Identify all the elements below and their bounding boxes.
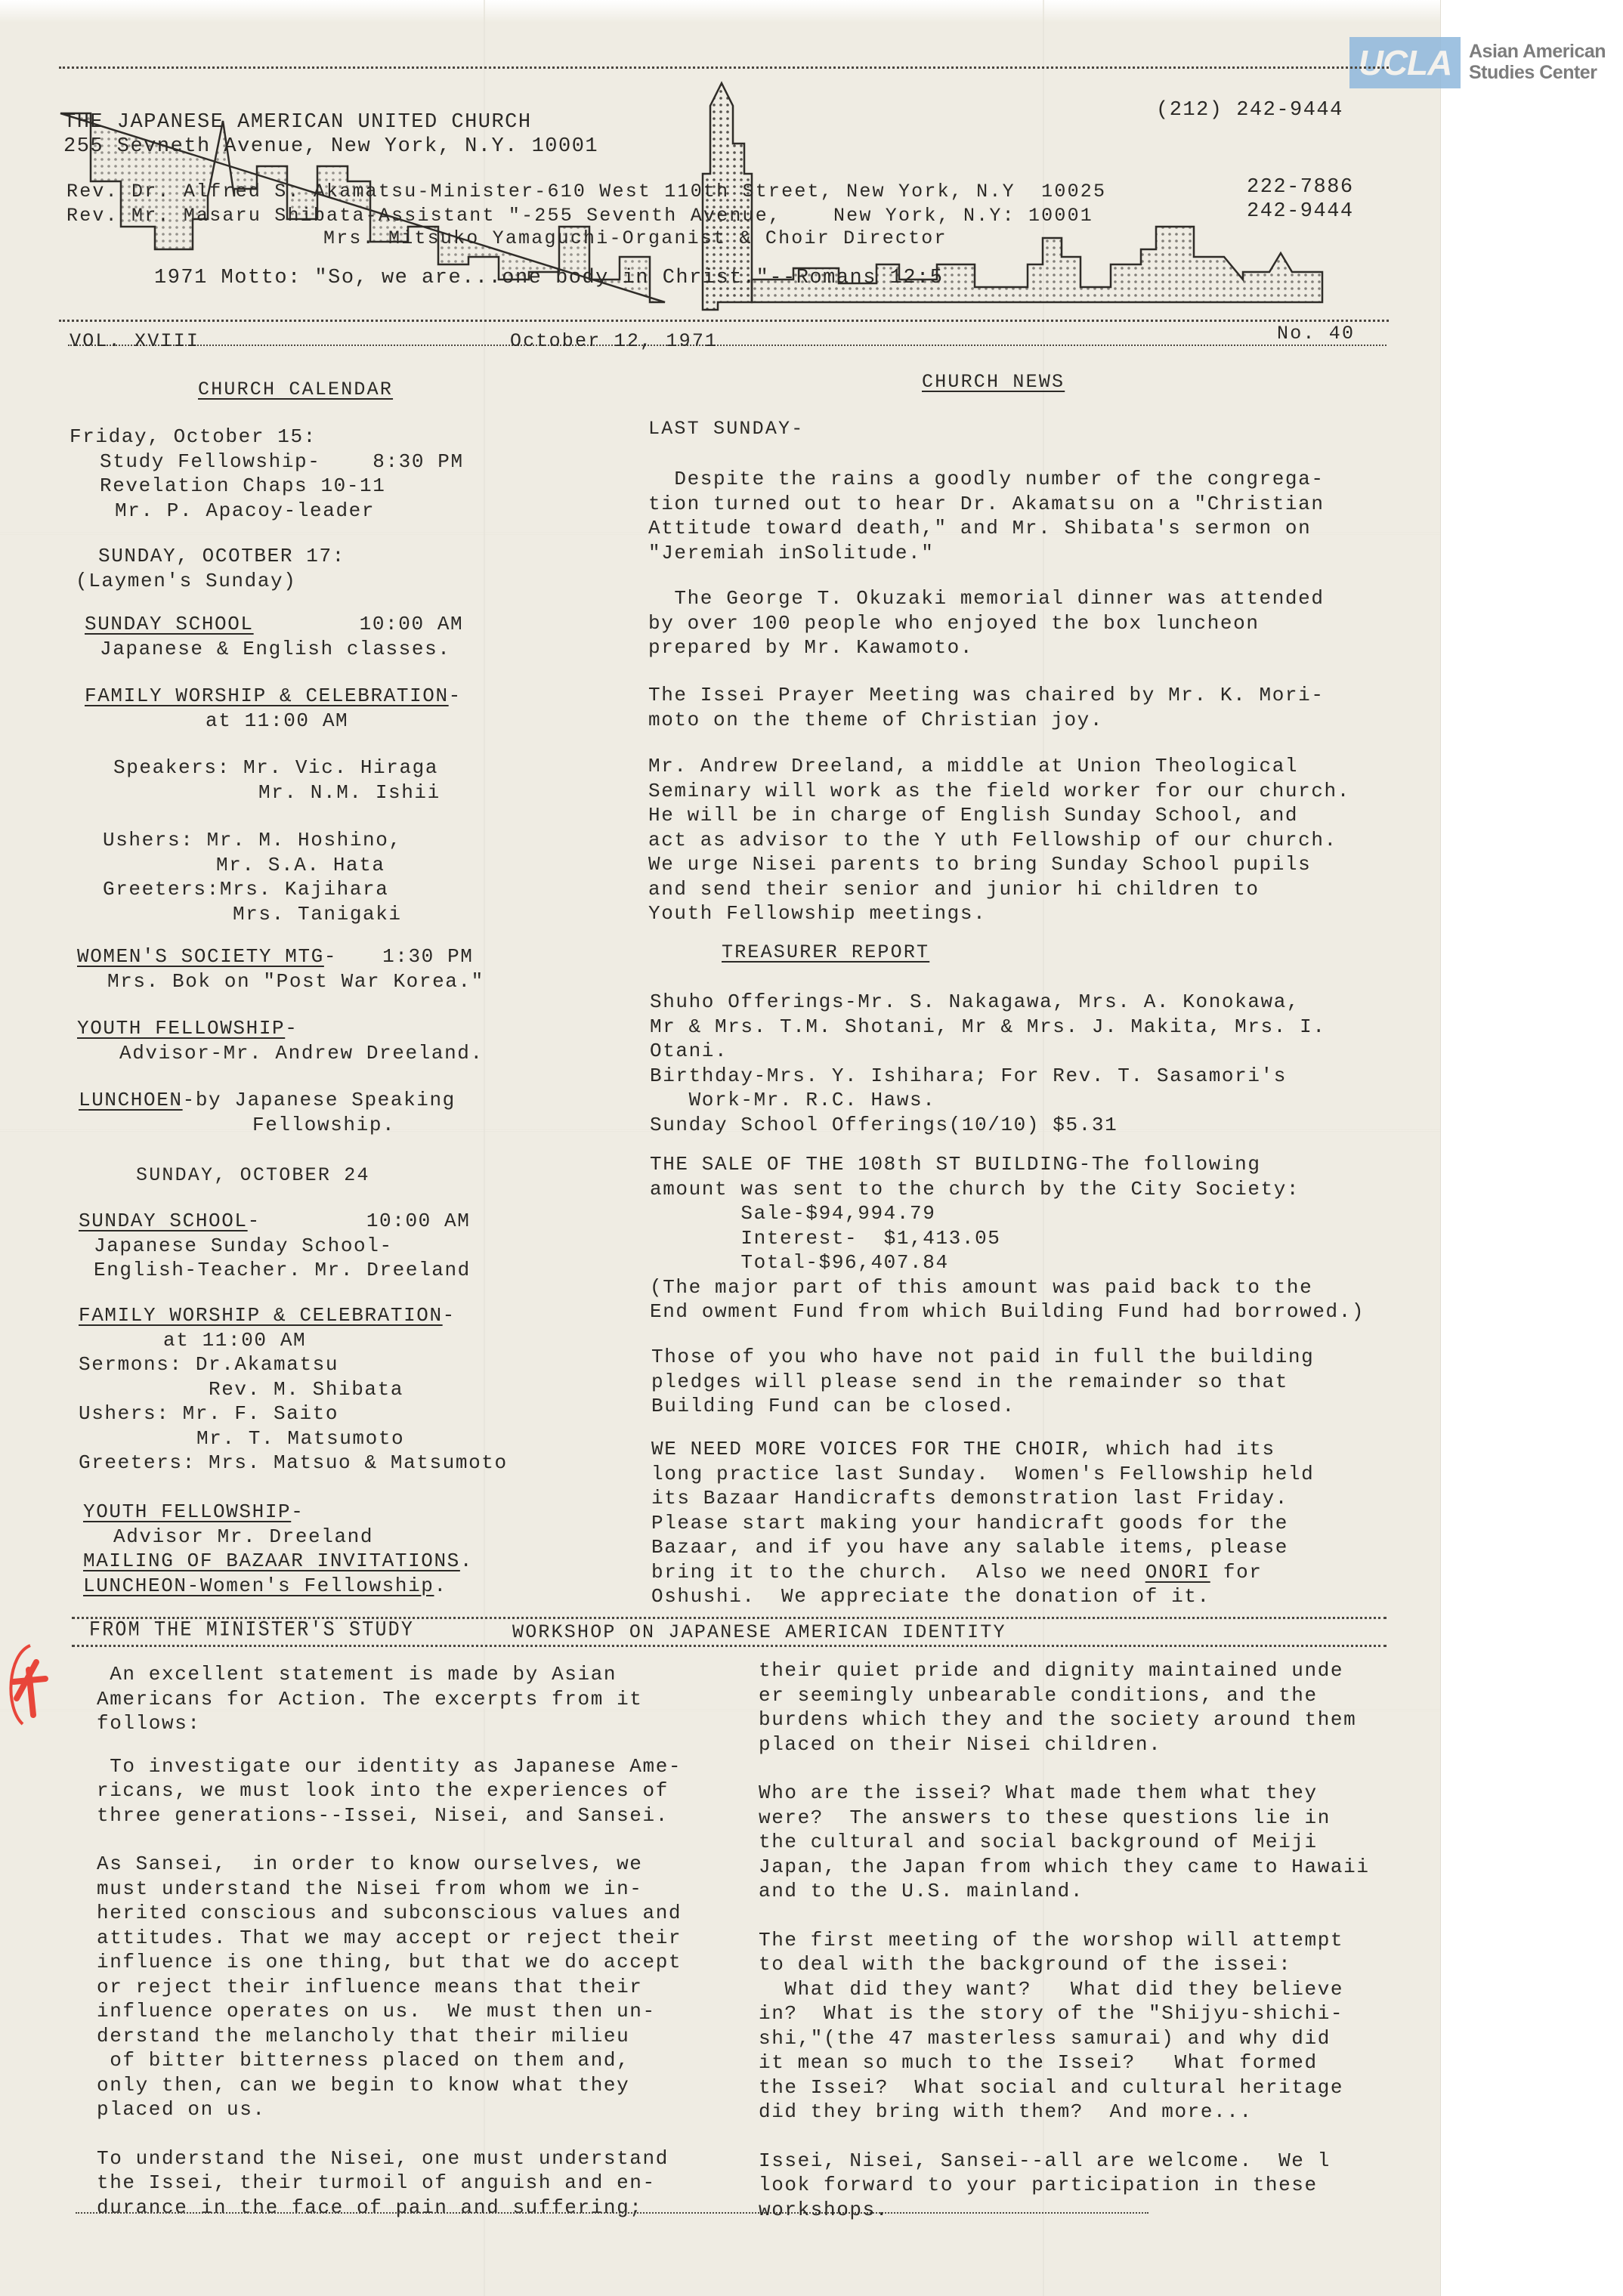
study-line: the Issei, their turmoil of anguish and … [97,2171,682,2196]
church-motto: 1971 Motto: "So, we are...one body in Ch… [154,266,943,290]
worship-24-time: at 11:00 AM [79,1328,508,1353]
logo-line-1: Asian American [1469,41,1606,62]
assistant-phone: 242-9444 [1247,199,1354,224]
treasurer-report: Shuho Offerings-Mr. S. Nakagawa, Mrs. A.… [650,990,1326,1137]
news-line: "Jeremiah inSolitude." [648,541,1325,566]
logo-line-2: Studies Center [1469,62,1606,83]
womens-society: WOMEN'S SOCIETY MTG-1:30 PM Mrs. Bok on … [77,944,484,993]
treasurer-line: Birthday-Mrs. Y. Ishihara; For Rev. T. S… [650,1064,1326,1089]
ushers-greeters-17: Ushers: Mr. M. Hoshino, Mr. S.A. Hata Gr… [103,828,402,926]
luncheon-label: LUNCHOEN [79,1089,183,1111]
news-line: Seminary will work as the field worker f… [648,779,1350,804]
assistant-line: Rev. Mr. Masaru Shibata-Assistant "-255 … [66,204,1093,228]
sale-amount: Sale-$94,994.79 [650,1201,1365,1226]
sale-line: End owment Fund from which Building Fund… [650,1299,1365,1324]
womens-society-time: 1:30 PM [382,945,473,968]
study-line: in? What is the story of the "Shijyu-shi… [759,2001,1370,2026]
friday-date: Friday, October 15: [70,425,464,450]
study-line: The first meeting of the worshop will at… [759,1928,1370,1953]
luncheon-24: LUNCHEON-Women's Fellowship [83,1574,434,1597]
study-line: follows: [97,1711,682,1736]
calendar-title: CHURCH CALENDAR [198,378,393,402]
study-line: er seemingly unbearable conditions, and … [759,1683,1370,1708]
usher-1: Ushers: Mr. M. Hoshino, [103,828,402,853]
study-line: Issei, Nisei, Sansei--all are welcome. W… [759,2149,1370,2174]
news-title: CHURCH NEWS [922,370,1065,394]
news-line: moto on the theme of Christian joy. [648,708,1325,733]
treasurer-line: Mr & Mrs. T.M. Shotani, Mr & Mrs. J. Mak… [650,1015,1326,1040]
study-line: derstand the melancholy that their milie… [97,2024,682,2049]
news-dreeland: Mr. Andrew Dreeland, a middle at Union T… [648,754,1350,926]
masthead-rule [59,320,1389,322]
study-line: shi,"(the 47 masterless samurai) and why… [759,2026,1370,2051]
youth-24-advisor: Advisor Mr. Dreeland [83,1525,473,1550]
issue-date: October 12, 1971 [510,329,718,354]
study-line: influence is one thing, but that we do a… [97,1950,682,1975]
study-line: their quiet pride and dignity maintained… [759,1658,1370,1683]
usher-24-2: Mr. T. Matsumoto [79,1426,508,1451]
youth-advisor: Advisor-Mr. Andrew Dreeland. [77,1041,484,1066]
sunday-school-24-detail: Japanese Sunday School- [79,1234,471,1259]
news-line: The George T. Okuzaki memorial dinner wa… [648,586,1325,611]
choir-line: long practice last Sunday. Women's Fello… [651,1462,1314,1487]
treasurer-title: TREASURER REPORT [722,941,929,965]
sunday-school-label: SUNDAY SCHOOL [85,613,254,635]
study-line: Japan, the Japan from which they came to… [759,1855,1370,1880]
greeters-24: Greeters: Mrs. Matsuo & Matsumoto [79,1451,508,1476]
luncheon-detail-2: Fellowship. [79,1113,456,1138]
news-line: prepared by Mr. Kawamoto. [648,635,1325,660]
organist-line: Mrs. Mitsuko Yamaguchi-Organist & Choir … [323,227,948,251]
study-line: herited conscious and subconscious value… [97,1901,682,1926]
sermon-1: Sermons: Dr.Akamatsu [79,1352,508,1377]
revelation-chapters: Revelation Chaps 10-11 [70,474,464,499]
youth-fellowship-24: YOUTH FELLOWSHIP- Advisor Mr. Dreeland M… [83,1500,473,1598]
sunday-school-17: SUNDAY SCHOOL10:00 AM Japanese & English… [85,612,463,661]
youth-fellowship-17: YOUTH FELLOWSHIP- Advisor-Mr. Andrew Dre… [77,1016,484,1065]
study-line: the Issei? What social and cultural heri… [759,2075,1370,2100]
sale-line: (The major part of this amount was paid … [650,1275,1365,1300]
study-line: look forward to your participation in th… [759,2173,1370,2198]
worship-24-label: FAMILY WORSHIP & CELEBRATION [79,1304,443,1327]
youth-24-label: YOUTH FELLOWSHIP [83,1500,291,1523]
worship-label: FAMILY WORSHIP & CELEBRATION [85,684,449,707]
ucla-logo-text: Asian American Studies Center [1469,41,1606,83]
study-line: must understand the Nisei from whom we i… [97,1877,682,1902]
news-line: Attitude toward death," and Mr. Shibata'… [648,516,1325,541]
news-line: and send their senior and junior hi chil… [648,877,1350,902]
choir-line: Oshushi. We appreciate the donation of i… [651,1584,1314,1609]
sunday-school-24-time: 10:00 AM [366,1210,471,1232]
study-line: of bitter bitterness placed on them and, [97,2048,682,2073]
speakers: Speakers: Mr. Vic. Hiraga Mr. N.M. Ishii [113,756,441,805]
choir-line: , which had its [1080,1438,1275,1460]
treasurer-line: Sunday School Offerings(10/10) $5.31 [650,1113,1326,1138]
building-sale: THE SALE OF THE 108th ST BUILDING-The fo… [650,1152,1365,1324]
study-line: ricans, we must look into the experience… [97,1778,682,1803]
sunday-17-date: SUNDAY, OCOTBER 17: [76,544,345,569]
news-line: tion turned out to hear Dr. Akamatsu on … [648,492,1325,517]
issue-rule [68,345,1387,346]
volume-number: VOL. XVIII [70,329,199,354]
sunday-school-24-teacher: English-Teacher. Mr. Dreeland [79,1258,471,1283]
sunday-school-detail: Japanese & English classes. [85,637,463,662]
choir-bazaar-notice: WE NEED MORE VOICES FOR THE CHOIR, which… [651,1437,1314,1609]
sale-line: THE SALE OF THE 108th ST BUILDING-The fo… [650,1152,1365,1177]
choir-line: Bazaar, and if you have any salable item… [651,1535,1314,1560]
bazaar-mailing: MAILING OF BAZAAR INVITATIONS [83,1550,460,1572]
treasurer-line: Work-Mr. R.C. Haws. [650,1088,1326,1113]
speaker-2: Mr. N.M. Ishii [113,780,441,805]
study-line: To understand the Nisei, one must unders… [97,2146,682,2171]
worship-time: at 11:00 AM [85,709,462,734]
treasurer-line: Otani. [650,1039,1326,1064]
last-sunday-heading: LAST SUNDAY- [648,417,804,441]
choir-line: its Bazaar Handicrafts demonstration las… [651,1486,1314,1511]
womens-society-detail: Mrs. Bok on "Post War Korea." [77,969,484,994]
workshop-heading: WORKSHOP ON JAPANESE AMERICAN IDENTITY [512,1621,1006,1645]
study-line: only then, can we begin to know what the… [97,2073,682,2098]
study-line: Americans for Action. The excerpts from … [97,1687,682,1712]
news-line: Youth Fellowship meetings. [648,901,1350,926]
study-line: durance in the face of pain and sufferin… [97,2196,682,2220]
church-phone: (212) 242-9444 [1156,98,1343,122]
study-line: influence operates on us. We must then u… [97,1999,682,2024]
study-line: An excellent statement is made by Asian [97,1662,682,1687]
study-line: To investigate our identity as Japanese … [97,1754,682,1779]
news-last-sunday: Despite the rains a goodly number of the… [648,467,1325,565]
womens-society-label: WOMEN'S SOCIETY MTG [77,945,324,968]
greeter-2: Mrs. Tanigaki [103,902,402,927]
choir-line: Please start making your handicraft good… [651,1511,1314,1536]
news-line: The Issei Prayer Meeting was chaired by … [648,683,1325,708]
study-line: three generations--Issei, Nisei, and San… [97,1803,682,1828]
news-line: Mr. Andrew Dreeland, a middle at Union T… [648,754,1350,779]
sunday-24-date: SUNDAY, OCTOBER 24 [136,1163,370,1188]
minister-phone: 222-7886 [1247,175,1354,199]
news-okuzaki-dinner: The George T. Okuzaki memorial dinner wa… [648,586,1325,660]
study-line: placed on us. [97,2097,682,2122]
speaker-1: Speakers: Mr. Vic. Hiraga [113,756,441,780]
study-line: workshops. [759,2198,1370,2223]
study-line: burdens which they and the society aroun… [759,1707,1370,1732]
news-line: We urge Nisei parents to bring Sunday Sc… [648,852,1350,877]
calendar-sunday-17: SUNDAY, OCOTBER 17: (Laymen's Sunday) [76,544,345,593]
study-line: placed on their Nisei children. [759,1732,1370,1757]
news-line: He will be in charge of English Sunday S… [648,803,1350,828]
minister-line: Rev. Dr. Alfred S. Akamatsu-Minister-610… [66,180,1106,204]
news-line: by over 100 people who enjoyed the box l… [648,611,1325,636]
red-circled-mark-icon [0,1639,53,1730]
sale-line: amount was sent to the church by the Cit… [650,1177,1365,1202]
sunday-school-24: SUNDAY SCHOOL-10:00 AM Japanese Sunday S… [79,1209,471,1283]
news-issei-prayer: The Issei Prayer Meeting was chaired by … [648,683,1325,732]
church-name: THE JAPANESE AMERICAN UNITED CHURCH [63,110,532,134]
news-line: act as advisor to the Y uth Fellowship o… [648,828,1350,853]
greeter-1: Greeters:Mrs. Kajihara [103,877,402,902]
usher-2: Mr. S.A. Hata [103,853,402,878]
study-line: Who are the issei? What made them what t… [759,1781,1370,1806]
family-worship-17: FAMILY WORSHIP & CELEBRATION- at 11:00 A… [85,684,462,733]
choir-line: bring it to the church. Also we need [651,1561,1145,1584]
pledge-line: pledges will please send in the remainde… [651,1370,1314,1395]
laymens-sunday: (Laymen's Sunday) [76,569,345,594]
study-fellowship: Study Fellowship- 8:30 PM [70,450,464,474]
sunday-school-time: 10:00 AM [360,613,464,635]
study-bottom-rule [72,1645,1387,1647]
sunday-school-24-label: SUNDAY SCHOOL [79,1210,248,1232]
ministers-study-heading: FROM THE MINISTER'S STUDY [89,1617,414,1643]
study-line: attitudes. That we may accept or reject … [97,1926,682,1951]
study-line: What did they want? What did they believ… [759,1977,1370,2002]
luncheon-detail: -by Japanese Speaking [183,1089,456,1111]
usher-24-1: Ushers: Mr. F. Saito [79,1401,508,1426]
study-line: and to the U.S. mainland. [759,1879,1370,1904]
choir-heading: WE NEED MORE VOICES FOR THE CHOIR [651,1438,1080,1460]
study-line: did they bring with them? And more... [759,2100,1370,2124]
issue-number: No. 40 [1277,322,1355,346]
treasurer-line: Shuho Offerings-Mr. S. Nakagawa, Mrs. A.… [650,990,1326,1015]
luncheon-17: LUNCHOEN-by Japanese Speaking Fellowship… [79,1088,456,1137]
study-left-column: An excellent statement is made by Asian … [97,1662,682,2220]
interest-amount: Interest- $1,413.05 [650,1226,1365,1251]
study-right-column: their quiet pride and dignity maintained… [759,1658,1370,2222]
study-line: were? The answers to these questions lie… [759,1806,1370,1831]
study-line: it mean so much to the Issei? What forme… [759,2050,1370,2075]
sermon-2: Rev. M. Shibata [79,1377,508,1402]
study-line: As Sansei, in order to know ourselves, w… [97,1852,682,1877]
news-line: Despite the rains a goodly number of the… [648,467,1325,492]
family-worship-24: FAMILY WORSHIP & CELEBRATION- at 11:00 A… [79,1303,508,1476]
study-line: or reject their influence means that the… [97,1975,682,2000]
choir-line: for [1210,1561,1263,1584]
study-line: to deal with the background of the issei… [759,1952,1370,1977]
pledge-line: Those of you who have not paid in full t… [651,1345,1314,1370]
church-address: 255 Sevneth Avenue, New York, N.Y. 10001 [63,134,598,159]
study-leader: Mr. P. Apacoy-leader [70,499,464,524]
study-line: the cultural and social background of Me… [759,1830,1370,1855]
onori-term: ONORI [1145,1561,1210,1584]
top-rule [59,66,1389,69]
youth-fellowship-label: YOUTH FELLOWSHIP [77,1017,285,1040]
calendar-friday: Friday, October 15: Study Fellowship- 8:… [70,425,464,523]
total-amount: Total-$96,407.84 [650,1250,1365,1275]
building-pledges: Those of you who have not paid in full t… [651,1345,1314,1419]
pledge-line: Building Fund can be closed. [651,1394,1314,1419]
